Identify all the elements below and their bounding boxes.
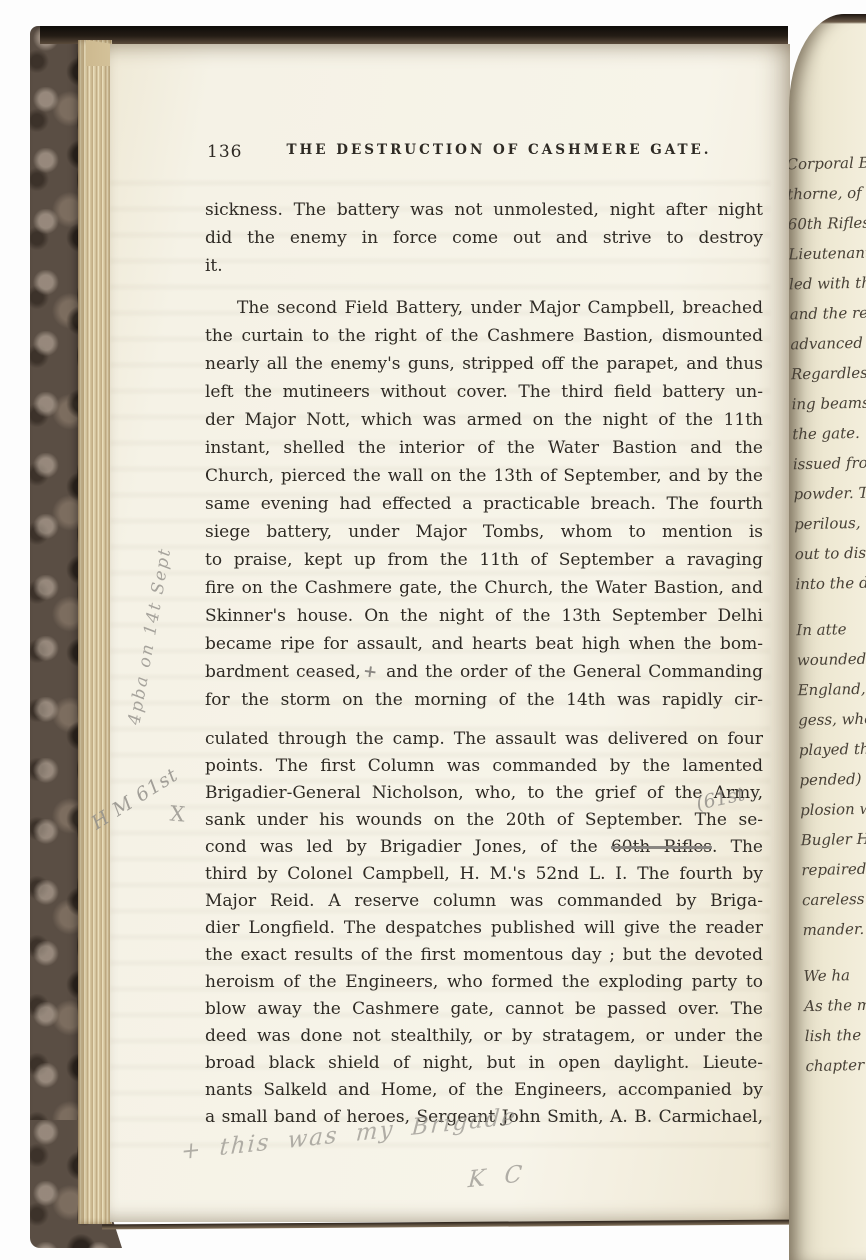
fragment-line: mander. [802,913,866,946]
fragment-line: the gate. [792,417,866,450]
text-line: blow away the Cashmere gate, cannot be p… [205,996,763,1023]
paragraph-1: sickness. The battery was not unmolested… [205,196,763,280]
fragment-line: advanced p [790,327,866,360]
pencil-x-mark: X [169,801,186,826]
fragment-line [796,597,866,616]
book-photograph: 136 THE DESTRUCTION OF CASHMERE GATE. si… [0,0,866,1260]
fragment-line: Lieutenants [789,237,866,270]
fragment-line: pended) whe [799,763,866,796]
fragment-line: Bugler Hav [800,823,866,856]
text-line: der Major Nott, which was armed on the n… [205,406,763,434]
adjacent-page: Corporal Buthorne, of F60th Rifles,Lieut… [789,14,866,1260]
text-line: siege battery, under Major Tombs, whom t… [205,518,763,546]
adjacent-page-text: Corporal Buthorne, of F60th Rifles,Lieut… [789,147,866,1081]
text-line: third by Colonel Campbell, H. M.'s 52nd … [205,861,763,888]
text-line: instant, shelled the interior of the Wat… [205,434,763,462]
pencil-cross-mark: + [361,657,379,687]
fragment-line: perilous, tho [794,507,866,540]
text-line: culated through the camp. The assault wa… [205,726,763,753]
text-line: dier Longfield. The despatches published… [205,915,763,942]
text-line: to praise, kept up from the 11th of Sept… [205,546,763,574]
fragment-line: issued from [793,447,866,480]
fragment-line: England, an [797,673,866,706]
fragment-line [803,943,866,962]
text-line: Church, pierced the wall on the 13th of … [205,462,763,490]
printed-text-block: 136 THE DESTRUCTION OF CASHMERE GATE. si… [205,142,763,1131]
fragment-line: out to dislod [794,537,866,570]
paragraph-2: The second Field Battery, under Major Ca… [205,294,763,714]
fragment-line: repaired to t [801,853,866,886]
text-line: Skinner's house. On the night of the 13t… [205,602,763,630]
text-line: the exact results of the first momentous… [205,942,763,969]
fragment-line: into the ditc [795,567,866,600]
text-line: left the mutineers without cover. The th… [205,378,763,406]
text-line: became ripe for assault, and hearts beat… [205,630,763,658]
fragment-line: gess, who H [798,703,866,736]
fragment-line: played the pa [799,733,866,766]
text-line: Major Reid. A reserve column was command… [205,888,763,915]
text-line: bardment ceased,+ and the order of the G… [205,658,763,686]
text-line: deed was done not stealthily, or by stra… [205,1023,763,1050]
fragment-line: Corporal Bu [789,147,866,180]
text-line: cond was led by Brigadier Jones, of the … [205,834,763,861]
text-line: heroism of the Engineers, who formed the… [205,969,763,996]
page-number: 136 [207,142,242,162]
page-header: 136 THE DESTRUCTION OF CASHMERE GATE. [205,142,763,164]
running-title: THE DESTRUCTION OF CASHMERE GATE. [205,142,763,158]
text-line: nants Salkeld and Home, of the Engineers… [205,1077,763,1104]
page-fore-edge-stack [78,40,112,1224]
fragment-line: 60th Rifles, [789,207,866,240]
text-line: sickness. The battery was not unmolested… [205,196,763,224]
fragment-line: lish the orig [805,1019,866,1052]
book-top-edge [40,26,788,44]
text-line: it. [205,252,763,280]
fragment-line: powder. Th [793,477,866,510]
fragment-line: We ha [803,959,866,992]
fragment-line: careless of th [802,883,866,916]
fragment-line: led with th [789,267,866,300]
text-line: for the storm on the morning of the 14th… [205,686,763,714]
paragraph-3: culated through the camp. The assault wa… [205,726,763,1131]
fragment-line: In atte [796,613,866,646]
text-line: same evening had effected a practicable … [205,490,763,518]
text-line: nearly all the enemy's guns, stripped of… [205,350,763,378]
text-line: broad black shield of night, but in open… [205,1050,763,1077]
pencil-strikethrough: 60th Rifles [611,837,712,857]
text-line: did the enemy in force come out and stri… [205,224,763,252]
fragment-line: plosion was a [800,793,866,826]
text-line: the curtain to the right of the Cashmere… [205,322,763,350]
fragment-line: thorne, of F [789,177,866,210]
text-line: Brigadier-General Nicholson, who, to the… [205,780,763,807]
fragment-line: Regardless [791,357,866,390]
text-line: fire on the Cashmere gate, the Church, t… [205,574,763,602]
fragment-line: chapter will [805,1049,866,1082]
text-line: sank under his wounds on the 20th of Sep… [205,807,763,834]
text-line: The second Field Battery, under Major Ca… [205,294,763,322]
marbled-cover-edge [30,26,82,1242]
fragment-line: wounded in t [797,643,866,676]
text-line: points. The first Column was commanded b… [205,753,763,780]
fragment-line: and the rem [789,297,866,330]
fragment-line: As the mos [804,989,866,1022]
fragment-line: ing beams, [791,387,866,420]
